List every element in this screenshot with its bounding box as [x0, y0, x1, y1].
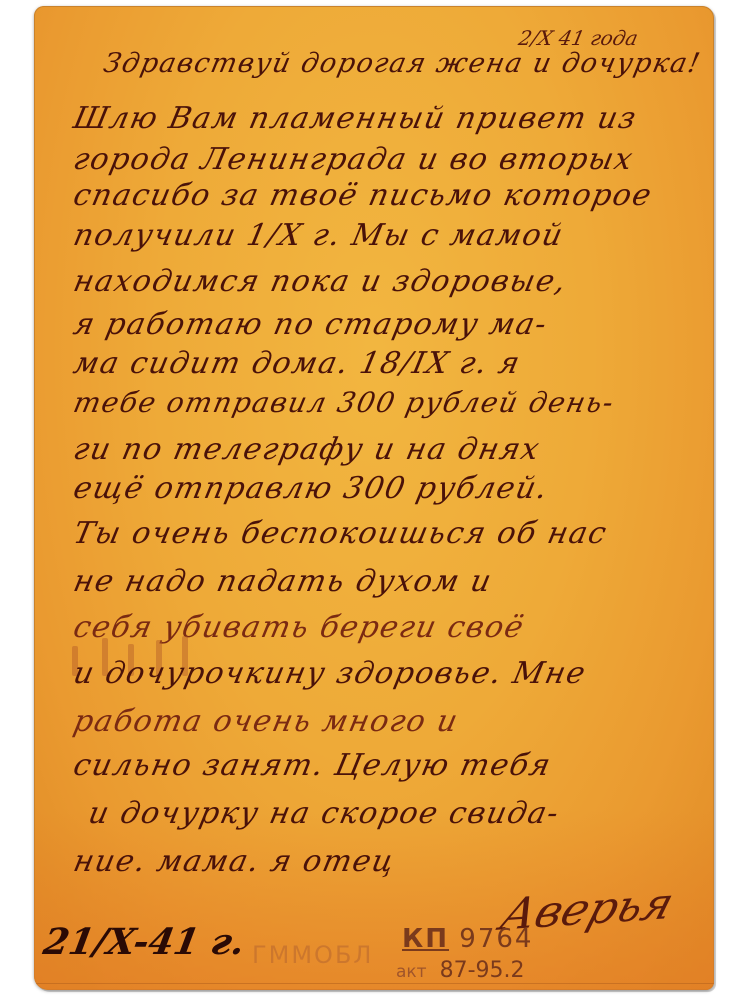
- archive-stamp-code: КП 9764: [402, 924, 533, 954]
- received-date: 21/X-41 г.: [40, 921, 248, 963]
- letter-line: спасибо за твоё письмо которое: [70, 178, 655, 213]
- letter-date: 2/X 41 года: [516, 26, 640, 50]
- letter-line: Здравствуй дорогая жена и дочурка!: [101, 48, 704, 79]
- letter-line: ма сидит дома. 18/IX г. я: [70, 346, 524, 381]
- letter-line: ги по телеграфу и на днях: [70, 432, 543, 467]
- letter-line: работа очень много и: [70, 704, 462, 739]
- letter-line: и дочурку на скорое свида-: [85, 796, 563, 831]
- letter-paper: 2/X 41 года Здравствуй дорогая жена и до…: [34, 6, 714, 990]
- letter-line: тебе отправил 300 рублей день-: [70, 386, 617, 419]
- act-number: 87-95.2: [440, 958, 525, 983]
- letter-line: находимся пока и здоровые,: [70, 264, 570, 299]
- archive-code-number: 9764: [459, 924, 533, 954]
- letter-line: получили 1/X г. Мы с мамой: [70, 218, 567, 253]
- letter-line: сильно занят. Целую тебя: [70, 748, 555, 783]
- letter-line: города Ленинграда и во вторых: [70, 142, 637, 177]
- archive-act: акт 87-95.2: [396, 958, 525, 983]
- letter-line: ние. мама. я отец: [70, 844, 398, 879]
- letter-line: и дочурочкину здоровье. Мне: [70, 656, 589, 691]
- letter-line: ещё отправлю 300 рублей.: [70, 471, 551, 506]
- archive-code-prefix: КП: [402, 924, 449, 954]
- letter-line: Шлю Вам пламенный привет из: [70, 101, 640, 136]
- letter-line: Ты очень беспокоишься об нас: [70, 516, 610, 551]
- letter-line: не надо падать духом и: [70, 564, 495, 599]
- letter-line: я работаю по старому ма-: [70, 307, 551, 342]
- act-label: акт: [396, 962, 427, 982]
- archive-stamp-organization: ГММОБЛ: [252, 941, 373, 969]
